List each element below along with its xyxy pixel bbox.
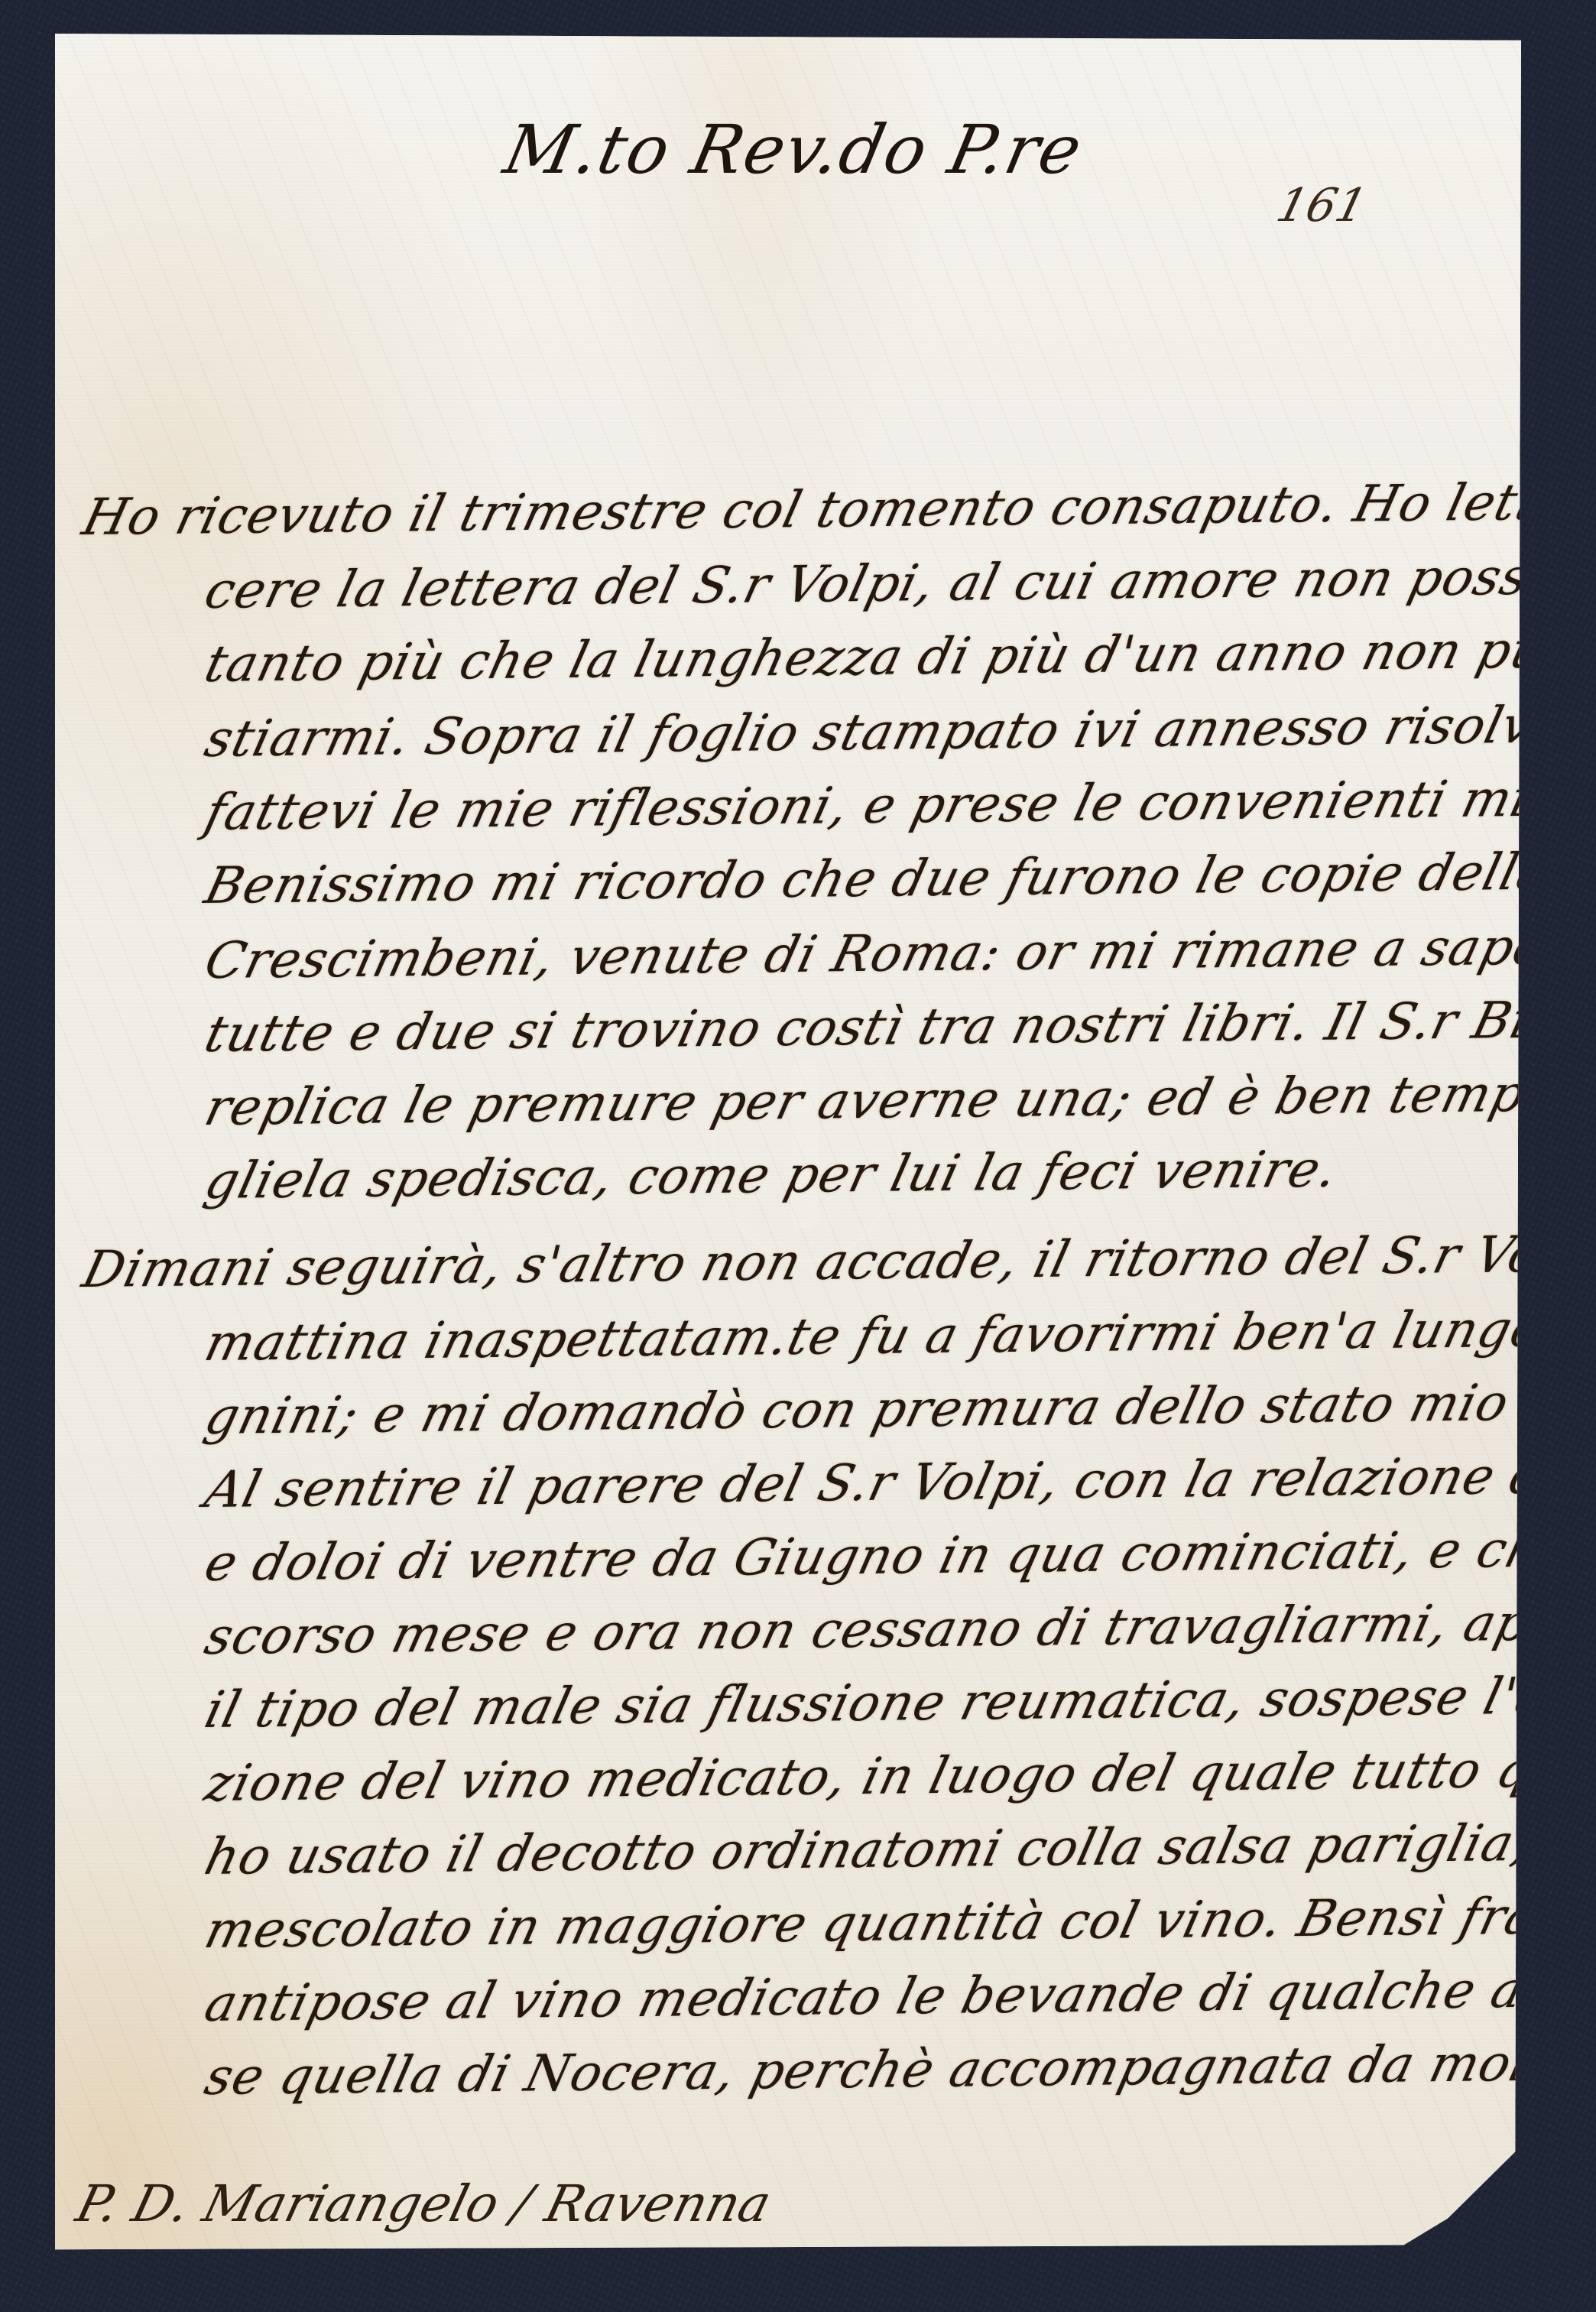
salutation-heading: M.to Rev.do P.re: [498, 110, 1090, 189]
body-line: se quella di Nocera, perchè accompagnata…: [200, 2036, 1596, 2103]
body-line: il tipo del male sia flussione reumatica…: [200, 1669, 1596, 1736]
body-line: gliela spedisca, come per lui la feci ve…: [200, 1145, 1343, 1206]
body-line: mescolato in maggiore quantità col vino.…: [200, 1888, 1596, 1956]
dark-mount-background: M.to Rev.do P.re 161 Ho ricevuto il trim…: [0, 0, 1596, 2312]
body-line: antipose al vino medicato le bevande di …: [200, 1962, 1596, 2029]
body-line: fattevi le mie riflessioni, e prese le c…: [200, 772, 1596, 838]
body-line: tutte e due si trovino costì tra nostri …: [200, 994, 1596, 1060]
body-line: Al sentire il parere del S.r Volpi, con …: [200, 1449, 1596, 1515]
body-line: Dimani seguirà, s'altro non accade, il r…: [78, 1227, 1596, 1295]
body-line: gnini; e mi domandò con premura dello st…: [200, 1375, 1596, 1442]
body-line: Benissimo mi ricordo che due furono le c…: [200, 845, 1596, 911]
body-line: Ho ricevuto il trimestre col tomento con…: [78, 475, 1596, 543]
addressee-line: P. D. Mariangelo / Ravenna: [70, 2174, 777, 2233]
body-line: e doloi di ventre da Giugno in qua comin…: [200, 1522, 1596, 1589]
body-line: Crescimbeni, venute di Roma: or mi riman…: [200, 921, 1596, 986]
body-line: mattina inaspettatam.te fu a favorirmi b…: [200, 1301, 1596, 1369]
body-line: replica le premure per averne una; ed è …: [200, 1067, 1596, 1133]
body-line: tanto più che la lunghezza di più d'un a…: [200, 623, 1596, 690]
body-line: ho usato il decotto ordinatomi colla sal…: [200, 1814, 1596, 1882]
body-line: cere la lettera del S.r Volpi, al cui am…: [200, 549, 1596, 616]
body-line: stiarmi. Sopra il foglio stampato ivi an…: [200, 697, 1596, 765]
folio-number: 161: [1271, 179, 1372, 232]
body-line: scorso mese e ora non cessano di travagl…: [200, 1595, 1596, 1662]
manuscript-sheet: M.to Rev.do P.re 161 Ho ricevuto il trim…: [55, 34, 1521, 2254]
body-line: zione del vino medicato, in luogo del qu…: [200, 1742, 1596, 1809]
